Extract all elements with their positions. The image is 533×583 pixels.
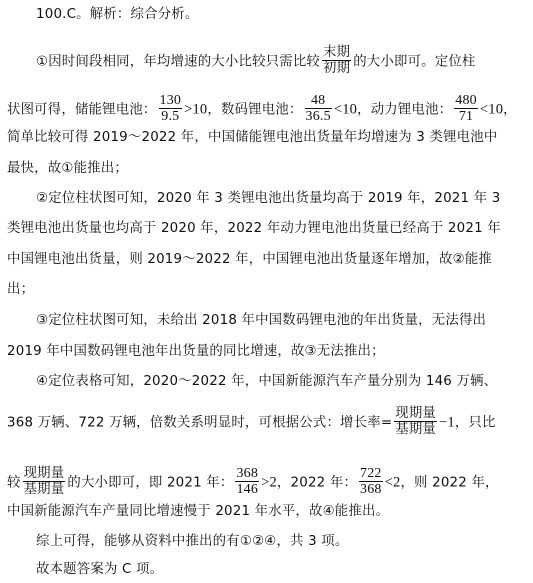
answer-line: 故本题答案为 C 项。 — [36, 561, 163, 579]
para1-line2: 状图可得，储能锂电池：1309.5>10，数码锂电池：4836.5<10，动力锂… — [7, 94, 517, 125]
para3-line1: ③定位柱状图可知，未给出 2018 年中国数码锂电池的年出货量，无法得出 — [36, 312, 486, 330]
text: ，动力锂电池： — [357, 103, 452, 118]
solution-document: 100.C。解析：综合分析。 ①因时间段相同，年均增速的大小比较只需比较末期初期… — [0, 0, 533, 583]
para1-line1: ①因时间段相同，年均增速的大小比较只需比较末期初期的大小即可。定位柱 — [36, 46, 476, 77]
comparison: <10 — [334, 102, 357, 118]
para4-line3: 较现期量基期量的大小即可，即 2021 年：368146>2，2022 年：72… — [7, 467, 499, 498]
minus-one: −1 — [439, 415, 455, 431]
text: ， — [503, 103, 517, 118]
comparison: <2 — [385, 475, 401, 491]
text: ，2022 年： — [277, 476, 357, 491]
fraction-current-over-base: 现期量基期量 — [23, 466, 66, 497]
denominator: 71 — [454, 109, 478, 124]
para2-line3: 中国锂电池出货量，则 2019～2022 年，中国锂电池出货量逐年增加，故②能推 — [7, 251, 492, 269]
answer-header: 100.C。解析：综合分析。 — [36, 6, 198, 24]
text: 状图可得，储能锂电池： — [7, 103, 157, 118]
fraction-end-over-start: 末期初期 — [322, 45, 351, 76]
summary-line: 综上可得，能够从资料中推出的有①②④，共 3 项。 — [36, 533, 348, 551]
denominator: 初期 — [322, 61, 351, 76]
para4-line1: ④定位表格可知，2020～2022 年，中国新能源汽车产量分别为 146 万辆、 — [36, 373, 497, 391]
denominator: 9.5 — [159, 109, 183, 124]
numerator: 368 — [235, 466, 259, 482]
denominator: 36.5 — [305, 109, 332, 124]
text: 的大小即可，即 2021 年： — [67, 476, 233, 491]
text: ，则 2022 年， — [400, 476, 498, 491]
fraction-2022: 722368 — [359, 466, 383, 497]
numerator: 722 — [359, 466, 383, 482]
comparison: >2 — [261, 475, 277, 491]
fraction-power: 48071 — [454, 93, 478, 124]
denominator: 146 — [235, 482, 259, 497]
denominator: 368 — [359, 482, 383, 497]
comparison: <10 — [480, 102, 503, 118]
para1-line3: 简单比较可得 2019～2022 年，中国储能锂电池出货量年均增速为 3 类锂电… — [7, 129, 497, 147]
numerator: 480 — [454, 93, 478, 109]
denominator: 基期量 — [23, 482, 66, 497]
fraction-current-over-base: 现期量基期量 — [394, 406, 437, 437]
numerator: 末期 — [322, 45, 351, 61]
text: 368 万辆、722 万辆，倍数关系明显时，可根据公式：增长率= — [7, 416, 392, 431]
text: 的大小即可。定位柱 — [353, 55, 475, 70]
numerator: 130 — [159, 93, 183, 109]
fraction-2021: 368146 — [235, 466, 259, 497]
para2-line2: 类锂电池出货量也均高于 2020 年，2022 年动力锂电池出货量已经高于 20… — [7, 220, 501, 238]
denominator: 基期量 — [394, 422, 437, 437]
para2-line1: ②定位柱状图可知，2020 年 3 类锂电池出货量均高于 2019 年，2021… — [36, 190, 500, 208]
numerator: 现期量 — [394, 406, 437, 422]
fraction-storage: 1309.5 — [159, 93, 183, 124]
numerator: 现期量 — [23, 466, 66, 482]
para2-line4: 出； — [7, 281, 34, 299]
text: ，数码锂电池： — [207, 103, 302, 118]
numerator: 48 — [305, 93, 332, 109]
text: 较 — [7, 476, 21, 491]
para4-line4: 中国新能源汽车产量同比增速慢于 2021 年水平，故④能推出。 — [7, 503, 389, 521]
para4-line2: 368 万辆、722 万辆，倍数关系明显时，可根据公式：增长率=现期量基期量−1… — [7, 407, 496, 438]
text: ，只比 — [455, 416, 496, 431]
text: ①因时间段相同，年均增速的大小比较只需比较 — [36, 55, 320, 70]
fraction-digital: 4836.5 — [305, 93, 332, 124]
para1-line4: 最快，故①能推出； — [7, 160, 128, 178]
para3-line2: 2019 年中国数码锂电池年出货量的同比增速，故③无法推出； — [7, 343, 385, 361]
comparison: >10 — [184, 102, 207, 118]
